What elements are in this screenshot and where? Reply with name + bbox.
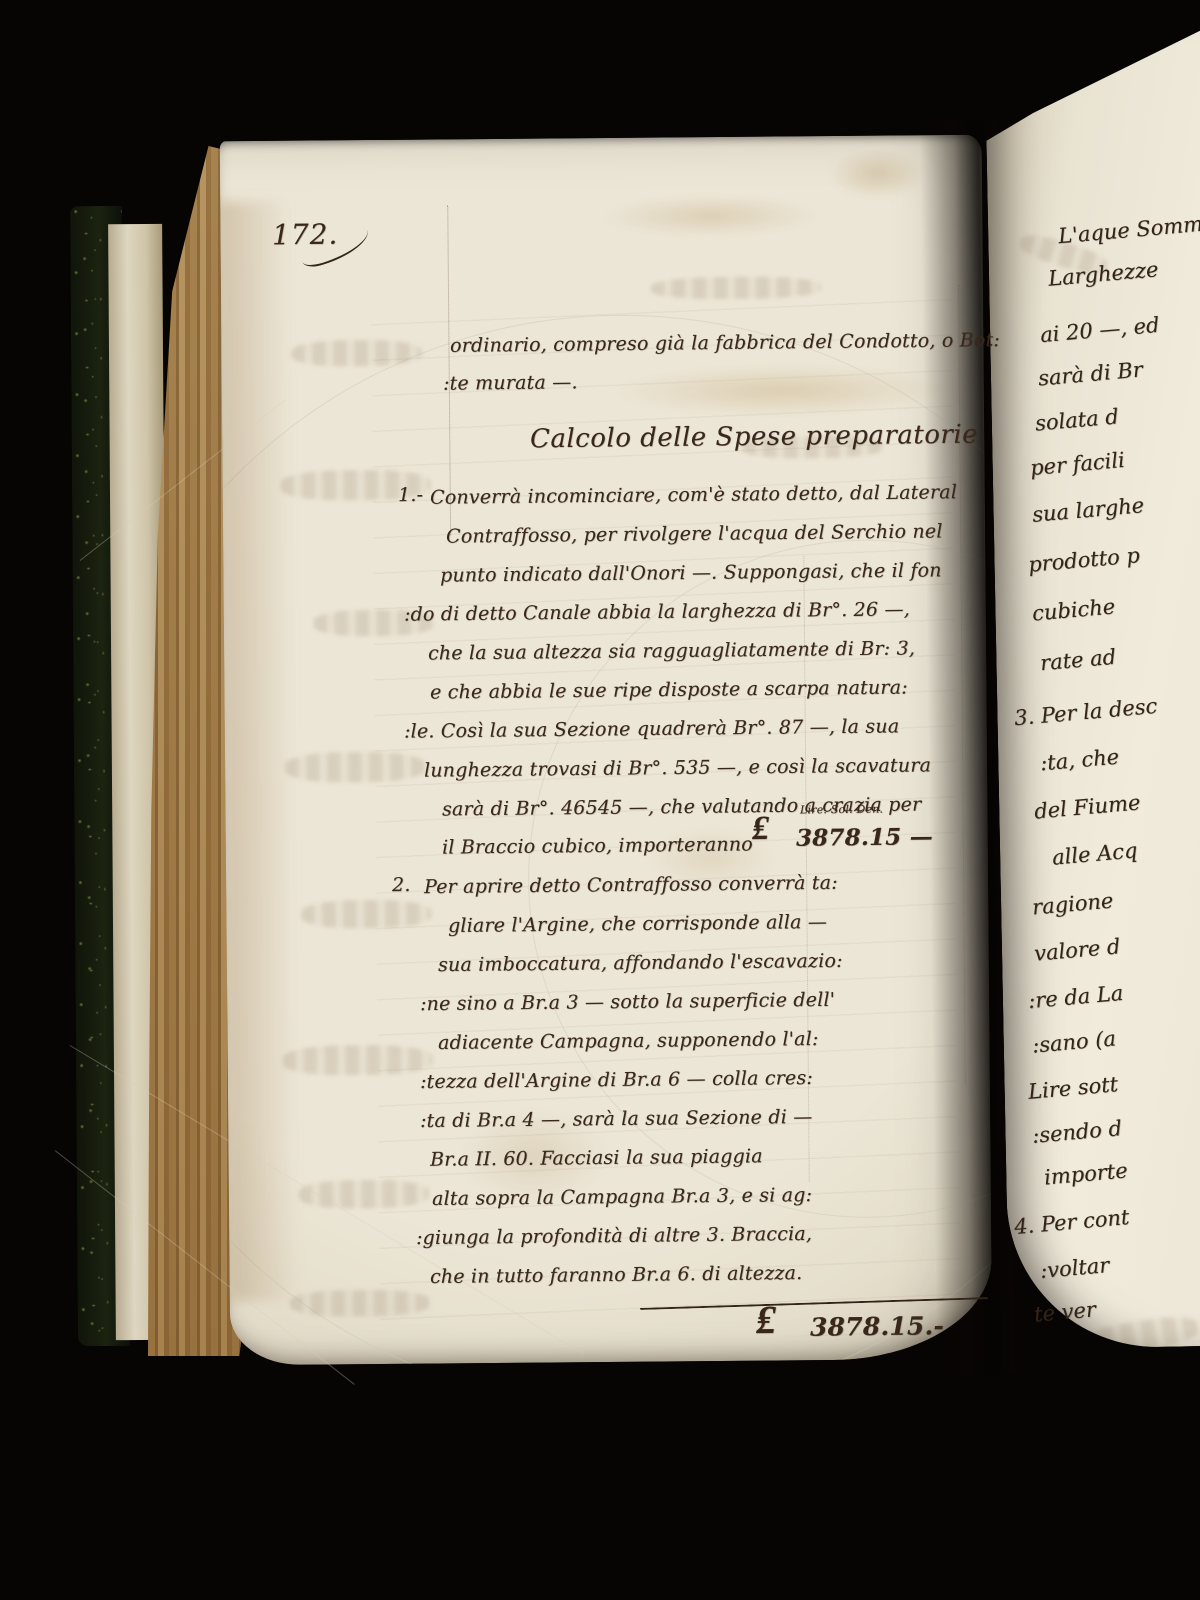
right-page (984, 9, 1200, 1350)
manuscript-line: Br.a II. 60. Facciasi la sua piaggia (430, 1145, 763, 1170)
manuscript-photo: 172. ordinario, compreso già la fabbrica… (0, 0, 1200, 1600)
stain (600, 194, 820, 238)
total-value: 3878.15.- (810, 1311, 944, 1341)
show-through-text (290, 1290, 430, 1317)
item-number: 2. (392, 874, 411, 896)
manuscript-line: che in tutto faranno Br.a 6. di altezza. (430, 1262, 803, 1288)
manuscript-line: adiacente Campagna, supponendo l'al: (438, 1028, 819, 1054)
currency-column-labels: Lire. Sol. Den. (800, 803, 883, 817)
manuscript-line: :tezza dell'Argine di Br.a 6 — colla cre… (420, 1067, 813, 1093)
manuscript-line: :giunga la profondità di altre 3. Bracci… (416, 1223, 812, 1249)
edge-toning (220, 201, 300, 1302)
show-through-text (291, 340, 421, 367)
lira-sign: ₤ (752, 808, 770, 848)
manuscript-line: :te murata —. (443, 371, 578, 394)
stain (828, 147, 928, 200)
left-page (220, 135, 993, 1366)
show-through-text (301, 900, 431, 929)
manuscript-line: Per aprire detto Contraffosso converrà t… (424, 872, 838, 898)
manuscript-line: sua imboccatura, affondando l'escavazio: (438, 950, 843, 976)
show-through-text (283, 1045, 433, 1076)
section-heading: Calcolo delle Spese preparatorie (530, 420, 978, 455)
manuscript-line: :ta di Br.a 4 —, sarà la sua Sezione di … (420, 1106, 813, 1132)
amount-value: 3878.15 — (796, 823, 933, 851)
manuscript-line: il Braccio cubico, importeranno (442, 833, 753, 858)
manuscript-line: alta sopra la Campagna Br.a 3, e si ag: (432, 1184, 812, 1210)
show-through-text (285, 752, 425, 783)
lira-sign: ₤ (756, 1296, 777, 1343)
manuscript-line: :ne sino a Br.a 3 — sotto la superficie … (420, 989, 835, 1015)
item-number: 1.- (398, 484, 423, 506)
manuscript-line: gliare l'Argine, che corrisponde alla — (448, 911, 827, 937)
show-through-text (651, 276, 821, 299)
